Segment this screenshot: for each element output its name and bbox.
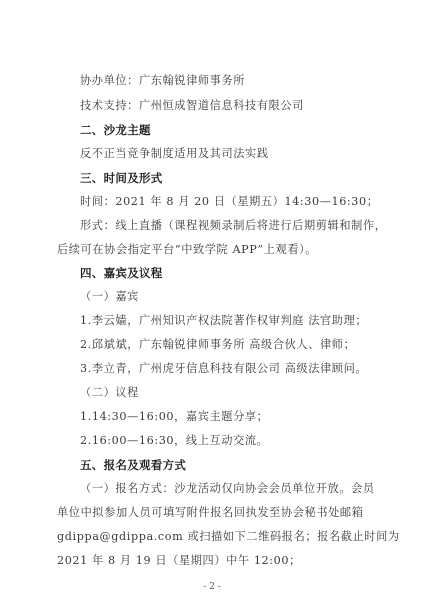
guest-item: 1.李云嫱，广州知识产权法院著作权审判庭 法官助理； [80,314,367,328]
registration-line: gdippa@gdippa.com 或扫描如下二维码报名；报名截止时间为 [57,530,400,544]
section-heading-guests: 四、嘉宾及议程 [80,266,163,280]
guest-item: 2.邱斌斌，广东翰锐律师事务所 高级合伙人、律师； [80,338,355,352]
co-organizer-line: 协办单位：广东翰锐律师事务所 [80,74,245,88]
agenda-item: 2.16:00—16:30，线上互动交流。 [80,434,268,448]
subheading-guests: （一）嘉宾 [80,290,139,304]
subheading-agenda: （二）议程 [80,386,139,400]
agenda-item: 1.14:30—16:00，嘉宾主题分享； [80,410,268,424]
guest-item: 3.李立青，广州虎牙信息科技有限公司 高级法律顾问。 [80,362,367,376]
section-heading-registration: 五、报名及观看方式 [80,458,186,472]
tech-support-line: 技术支持：广州恒成智道信息科技有限公司 [80,99,304,113]
format-line: 形式：线上直播（课程视频录制后将进行后期剪辑和制作， [80,219,386,233]
section-heading-time: 三、时间及形式 [80,171,163,185]
theme-text: 反不正当竞争制度适用及其司法实践 [80,147,269,161]
page-number: - 2 - [0,582,424,592]
time-line: 时间：2021 年 8 月 20 日（星期五）14:30—16:30； [80,195,379,209]
registration-deadline-line: 2021 年 8 月 19 日（星期四）中午 12:00； [57,554,301,568]
registration-line: 单位中拟参加人员可填写附件报名回执发至协会秘书处邮箱 [57,506,363,520]
format-line-cont: 后续可在协会指定平台“中致学院 APP”上观看）。 [57,243,317,257]
registration-line: （一）报名方式：沙龙活动仅向协会会员单位开放。会员 [80,482,375,496]
section-heading-theme: 二、沙龙主题 [80,123,151,137]
